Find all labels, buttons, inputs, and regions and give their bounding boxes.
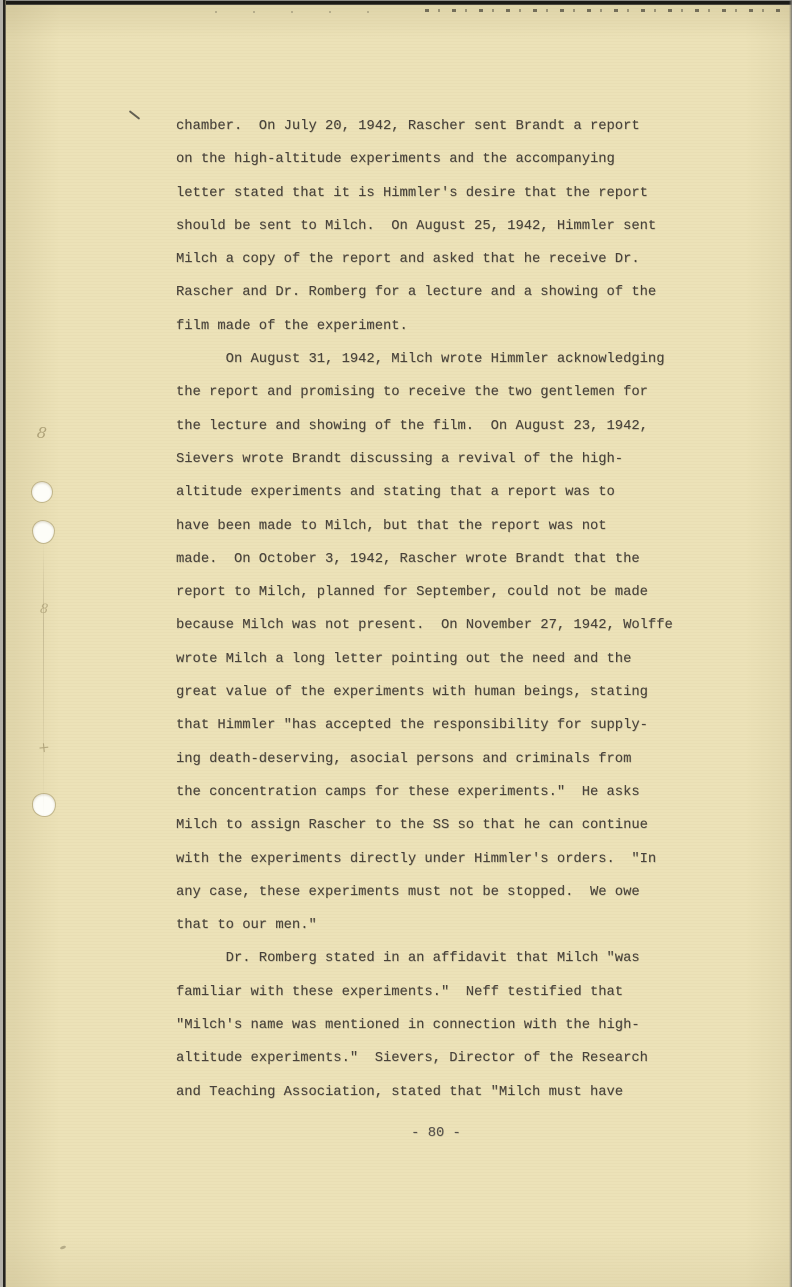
- scan-edge-top: [0, 0, 792, 5]
- punch-hole: [33, 794, 55, 816]
- scan-artifact-dashes-faint: [215, 11, 405, 13]
- page-text: chamber. On July 20, 1942, Rascher sent …: [176, 110, 716, 1109]
- punch-hole: [32, 482, 52, 502]
- scanned-document-page: 8 8 + chamber. On July 20, 1942, Rascher…: [0, 0, 792, 1287]
- paragraph: Dr. Romberg stated in an affidavit that …: [176, 942, 716, 1108]
- page-number: - 80 -: [176, 1117, 696, 1150]
- scan-artifact-dashes: [425, 9, 787, 12]
- paper-crease: [43, 540, 44, 820]
- pencil-margin-mark: 8: [39, 602, 48, 618]
- paragraph: On August 31, 1942, Milch wrote Himmler …: [176, 343, 716, 942]
- scan-edge-left: [0, 0, 6, 1287]
- paragraph: chamber. On July 20, 1942, Rascher sent …: [176, 110, 716, 343]
- pencil-margin-mark: +: [37, 739, 50, 756]
